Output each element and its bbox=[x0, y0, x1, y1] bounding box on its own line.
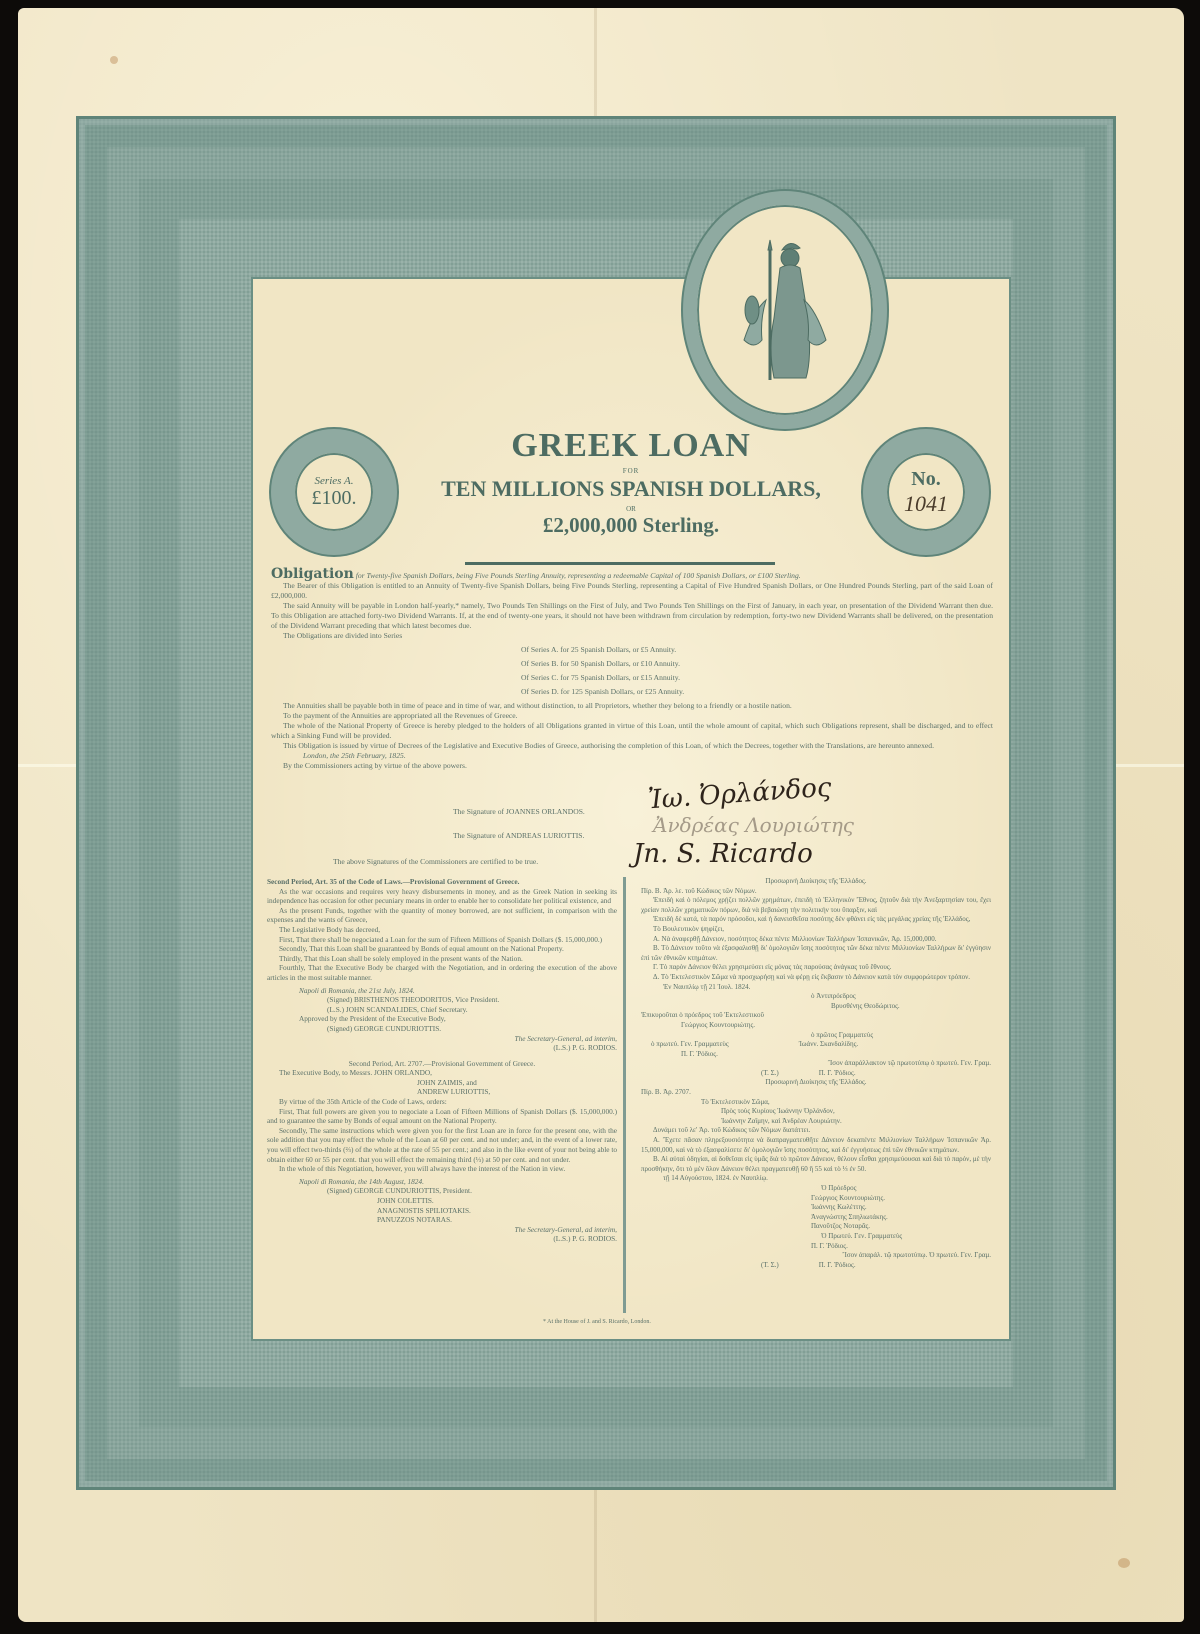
decree-paragraph: Thirdly, That this Loan shall be solely … bbox=[267, 954, 617, 964]
greek-certification: Ἴσον ἀπαράλ. τῷ πρωτοτύπῳ. Ὁ πρωτεύ. Γεν… bbox=[641, 1251, 991, 1261]
bond-sheet: Series A. £100. No. 1041 GREEK LOAN FOR … bbox=[18, 8, 1184, 1622]
secretary-signature: (L.S.) P. G. RODIOS. bbox=[267, 1234, 617, 1244]
greek-paragraph: Ἐπειδὴ καὶ ὁ πόλεμος χρῄζει πολλῶν χρημά… bbox=[641, 896, 991, 915]
english-decree-column: Second Period, Art. 35 of the Code of La… bbox=[267, 877, 617, 1244]
commissioners-line: By the Commissioners acting by virtue of… bbox=[271, 761, 993, 771]
greek-paragraph: Β. Αἱ αὐταὶ ὁδηγίαι, αἱ δοθεῖσαι εἰς ὑμᾶ… bbox=[641, 1155, 991, 1174]
greek-title: Ὁ Πρωτεύ. Γεν. Γραμματεὺς bbox=[641, 1232, 991, 1242]
greek-name: Γεώργιος Κουντουριώτης. bbox=[641, 1194, 991, 1204]
signatory-line: ANAGNOSTIS SPILIOTAKIS. bbox=[267, 1206, 617, 1216]
decree-paragraph: The Legislative Body has decreed, bbox=[267, 925, 617, 935]
greek-name: Ἀναγνώστης Σπηλιωτάκης. bbox=[641, 1213, 991, 1223]
series-line: Of Series D. for 125 Spanish Dollars, or… bbox=[521, 687, 993, 697]
decree-paragraph: Fourthly, That the Executive Body be cha… bbox=[267, 963, 617, 982]
decree-paragraph: Secondly, The same instructions which we… bbox=[267, 1126, 617, 1164]
decree-paragraph: As the war occasions and requires very h… bbox=[267, 887, 617, 906]
sterling-amount: £2,000,000 Sterling. bbox=[253, 513, 1009, 538]
decree-paragraph: Secondly, That this Loan shall be guaran… bbox=[267, 944, 617, 954]
obligation-paragraph: The Bearer of this Obligation is entitle… bbox=[271, 581, 993, 601]
greek-name: Π. Γ. Ῥόδιος. bbox=[641, 1242, 991, 1252]
greek-title: ὁ πρωτεύ. Γεν. Γραμματεὺς bbox=[651, 1040, 729, 1048]
approval-line: Approved by the President of the Executi… bbox=[267, 1014, 617, 1024]
signatory-line: (Signed) GEORGE CUNDURIOTTIS, President. bbox=[267, 1186, 617, 1196]
secretary-title: The Secretary-General, ad interim, bbox=[267, 1034, 617, 1044]
printer-imprint: * At the House of J. and S. Ricardo, Lon… bbox=[543, 1319, 651, 1325]
greek-paragraph: Ἐπειδὴ δὲ κατά, τὰ παρόν πρόσοδοι, καὶ ἡ… bbox=[641, 915, 991, 925]
decree-paragraph: First, That full powers are given you to… bbox=[267, 1107, 617, 1126]
executive-line: The Executive Body, to Messrs. JOHN ORLA… bbox=[267, 1068, 617, 1078]
greek-line: Τὸ Ἐκτελεστικὸν Σῶμα, bbox=[641, 1098, 991, 1108]
obligation-paragraph: This Obligation is issued by virtue of D… bbox=[271, 741, 993, 751]
signatory-line: (Signed) BRISTHENOS THEODORITOS, Vice Pr… bbox=[267, 995, 617, 1005]
greek-name: Ἰωάνν. Σκανδαλίδης. bbox=[729, 1040, 859, 1048]
athena-medallion bbox=[683, 191, 887, 429]
signatory-line: (Signed) GEORGE CUNDURIOTTIS. bbox=[267, 1024, 617, 1034]
greek-name: Ἰωάννης Κωλέττης. bbox=[641, 1203, 991, 1213]
decree-paragraph: As the present Funds, together with the … bbox=[267, 906, 617, 925]
greek-name: Πανοῦτζος Νοταρᾶς. bbox=[641, 1222, 991, 1232]
obligation-paragraph: The whole of the National Property of Gr… bbox=[271, 721, 993, 741]
decree-date: Napoli di Romania, the 14th August, 1824… bbox=[267, 1177, 617, 1187]
decree-heading: Second Period, Art. 35 of the Code of La… bbox=[267, 877, 617, 887]
signature-ricardo: Jn. S. Ricardo bbox=[633, 839, 813, 869]
secretary-title: The Secretary-General, ad interim, bbox=[267, 1225, 617, 1235]
greek-name: Γεώργιος Κουντουριώτης. bbox=[641, 1021, 991, 1031]
decree-date: Napoli di Romania, the 21st July, 1824. bbox=[267, 986, 617, 996]
seal-mark: (Τ. Σ.) bbox=[761, 1069, 779, 1077]
document-subtitle: TEN MILLIONS SPANISH DOLLARS, bbox=[253, 476, 1009, 502]
obligation-paragraph: The Annuities shall be payable both in t… bbox=[271, 701, 993, 711]
athena-figure-icon bbox=[730, 230, 840, 390]
greek-title: ὁ Ἀντιπρόεδρος bbox=[641, 992, 991, 1002]
greek-paragraph: Τὸ Βουλευτικὸν ψηφίζει, bbox=[641, 925, 991, 935]
greek-title: ὁ πρῶτος Γραμματεὺς bbox=[641, 1031, 991, 1041]
greek-name: Βρυσθένης Θεοδώριτος. bbox=[641, 1002, 991, 1012]
column-divider bbox=[623, 877, 626, 1313]
series-line: Of Series B. for 50 Spanish Dollars, or … bbox=[521, 659, 993, 669]
age-stain bbox=[110, 56, 118, 64]
signature-luriottis: Ἀνδρέας Λουριώτης bbox=[653, 813, 854, 837]
title-rule bbox=[465, 562, 775, 565]
series-line: Of Series A. for 25 Spanish Dollars, or … bbox=[521, 645, 993, 655]
greek-line: Πρὸς τοὺς Κυρίους Ἰωάννην Ὀρλάνδον, bbox=[641, 1107, 991, 1117]
greek-paragraph: Β. Τὸ Δάνειον τοῦτο νὰ ἐξασφαλισθῇ δι' ὁ… bbox=[641, 944, 991, 963]
decree-paragraph: First, That there shall be negociated a … bbox=[267, 935, 617, 945]
signature-label-luriottis: The Signature of ANDREAS LURIOTTIS. bbox=[453, 831, 584, 840]
greek-decree-column: Προσωρινὴ Διοίκησις τῆς Ἑλλάδος. Πίρ. Β.… bbox=[641, 877, 991, 1270]
greek-line: Δυνάμει τοῦ λε' Ἀρ. τοῦ Κώδικος τῶν Νόμω… bbox=[641, 1126, 991, 1136]
obligation-text: Obligation for Twenty-five Spanish Dolla… bbox=[271, 569, 993, 771]
for-word: FOR bbox=[253, 467, 1009, 475]
signatory-line: PANUZZOS NOTARAS. bbox=[267, 1215, 617, 1225]
decree-heading: Second Period, Art. 2707.—Provisional Go… bbox=[267, 1059, 617, 1069]
obligation-line: for Twenty-five Spanish Dollars, being F… bbox=[356, 571, 801, 580]
greek-reference: Πίρ. Β. Ἀρ. λε. τοῦ Κώδικος τῶν Νόμων. bbox=[641, 887, 991, 897]
greek-paragraph: Α. Νὰ ἀναφερθῇ Δάνειον, ποσότητος δέκα π… bbox=[641, 935, 991, 945]
executive-name: ANDREW LURIOTTIS, bbox=[267, 1087, 617, 1097]
or-word: OR bbox=[253, 505, 1009, 513]
greek-certification: Ἴσον ἀπαράλλακτον τῷ πρωτοτύπῳ ὁ πρωτεύ.… bbox=[641, 1059, 991, 1069]
greek-paragraph: Γ. Τὸ παρὸν Δάνειον θέλει χρησιμεύσει εἰ… bbox=[641, 963, 991, 973]
greek-line: Ἰωάννην Ζαΐμην, καὶ Ἀνδρέαν Λουριώτην. bbox=[641, 1117, 991, 1127]
greek-approval: Ἐπικυροῦται ὁ πρόεδρος τοῦ Ἐκτελεστικοῦ bbox=[641, 1011, 991, 1021]
obligation-paragraph: The said Annuity will be payable in Lond… bbox=[271, 601, 993, 631]
greek-name: Π. Γ. Ῥόδιος. bbox=[641, 1050, 991, 1060]
guilloche-border: Series A. £100. No. 1041 GREEK LOAN FOR … bbox=[76, 116, 1116, 1490]
greek-heading: Προσωρινὴ Διοίκησις τῆς Ἑλλάδος. bbox=[641, 877, 991, 887]
greek-paragraph: Δ. Τὸ Ἐκτελεστικὸν Σῶμα νὰ προσχωρήσῃ κα… bbox=[641, 973, 991, 983]
greek-name: Π. Γ. Ῥόδιος. bbox=[779, 1261, 856, 1269]
signature-label-orlandos: The Signature of JOANNES ORLANDOS. bbox=[453, 807, 585, 816]
obligation-lead: Obligation bbox=[271, 566, 354, 582]
signatory-line: JOHN COLETTIS. bbox=[267, 1196, 617, 1206]
greek-paragraph: Α. Ἔχετε πᾶσαν πληρεξουσιότητα νὰ διαπρα… bbox=[641, 1136, 991, 1155]
obligation-paragraph: The Obligations are divided into Series bbox=[271, 631, 993, 641]
signature-orlandos: Ἰω. Ὀρλάνδος bbox=[647, 773, 832, 816]
certification-line: The above Signatures of the Commissioner… bbox=[333, 857, 538, 866]
executive-name: JOHN ZAIMIS, and bbox=[267, 1078, 617, 1088]
greek-heading: Προσωρινὴ Διοίκησις τῆς Ἑλλάδος. bbox=[641, 1078, 991, 1088]
greek-name: Π. Γ. Ῥόδιος. bbox=[779, 1069, 856, 1077]
series-line: Of Series C. for 75 Spanish Dollars, or … bbox=[521, 673, 993, 683]
text-panel: Series A. £100. No. 1041 GREEK LOAN FOR … bbox=[251, 277, 1011, 1341]
signatory-line: (L.S.) JOHN SCANDALIDES, Chief Secretary… bbox=[267, 1005, 617, 1015]
decree-paragraph: By virtue of the 35th Article of the Cod… bbox=[267, 1097, 617, 1107]
greek-reference: Πίρ. Β. Ἀρ. 2707. bbox=[641, 1088, 991, 1098]
issue-date: London, the 25th February, 1825. bbox=[271, 751, 993, 761]
age-stain bbox=[1118, 1558, 1130, 1568]
greek-date: Ἐν Ναυπλίῳ τῇ 21 Ἰουλ. 1824. bbox=[641, 983, 991, 993]
obligation-paragraph: To the payment of the Annuities are appr… bbox=[271, 711, 993, 721]
secretary-signature: (L.S.) P. G. RODIOS. bbox=[267, 1043, 617, 1053]
document-title: GREEK LOAN bbox=[253, 427, 1009, 465]
seal-mark: (Τ. Σ.) bbox=[761, 1261, 779, 1269]
decree-paragraph: In the whole of this Negotiation, howeve… bbox=[267, 1164, 617, 1174]
greek-date: τῇ 14 Αὐγούστου, 1824. ἐν Ναυπλίῳ. bbox=[641, 1174, 991, 1184]
greek-title: Ὁ Πρόεδρος bbox=[641, 1184, 991, 1194]
